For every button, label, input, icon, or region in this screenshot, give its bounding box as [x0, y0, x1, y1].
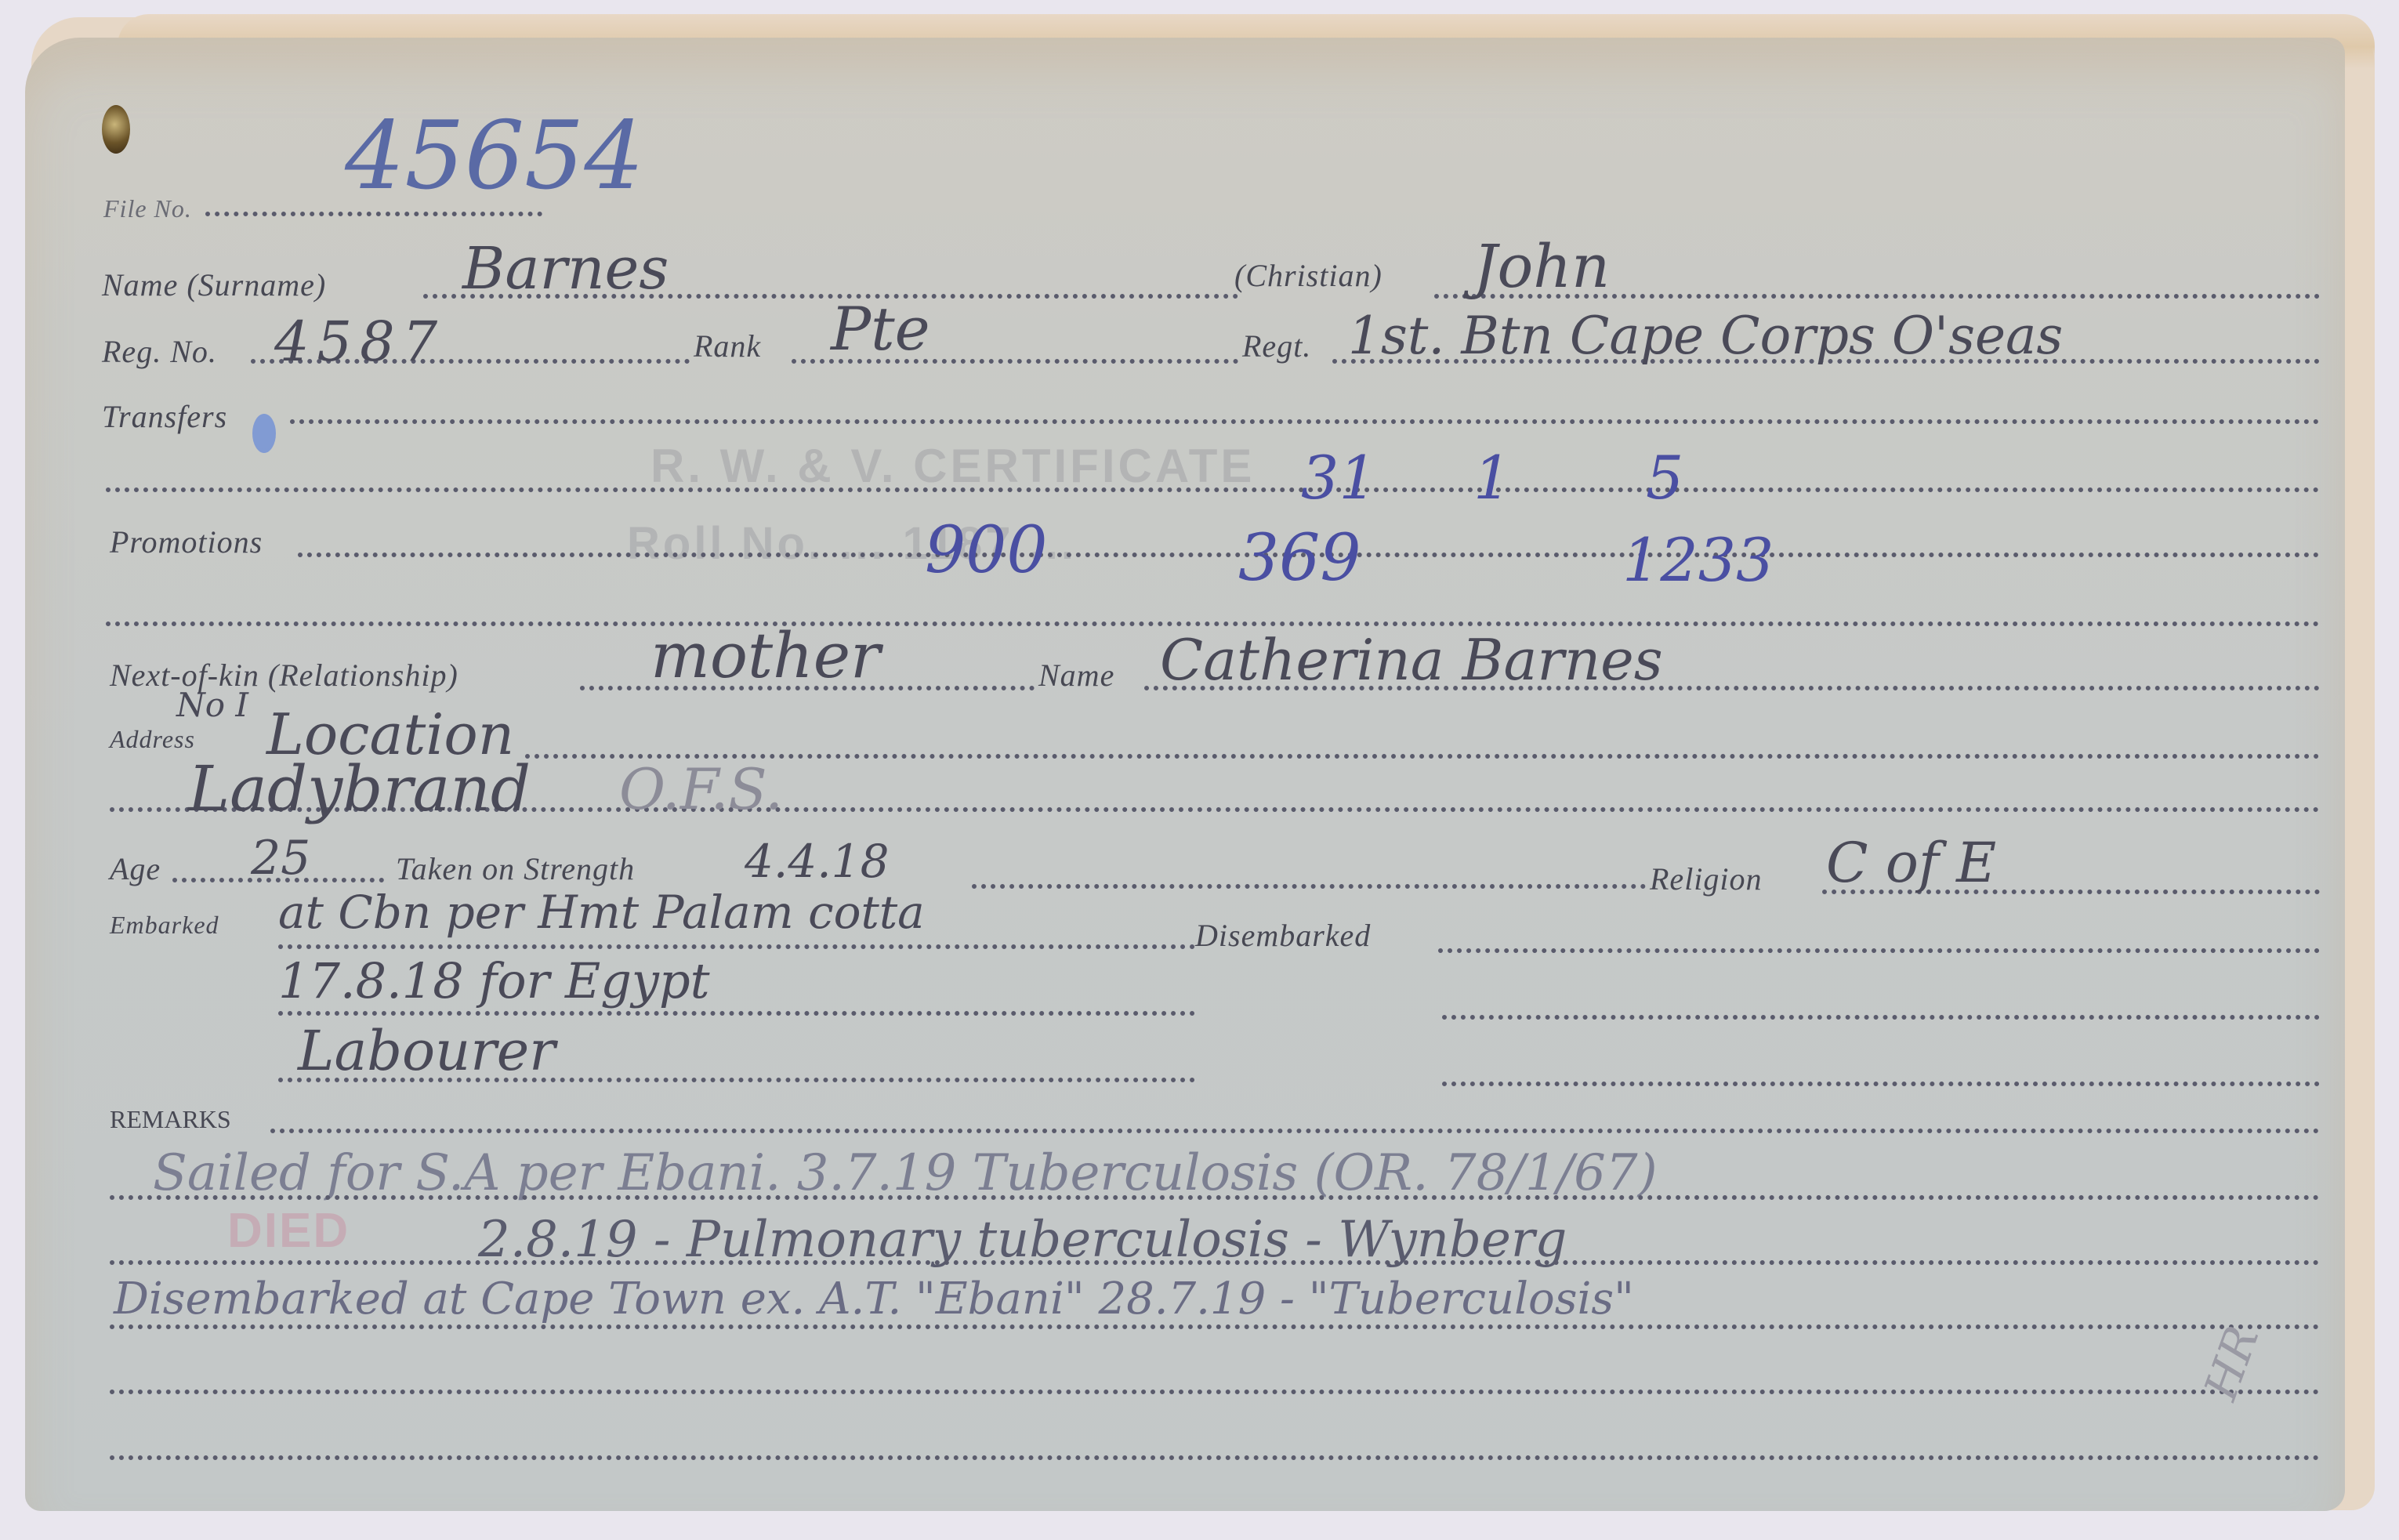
brass-eyelet-icon — [102, 105, 130, 154]
disembarked-line-3 — [1442, 1082, 2320, 1086]
blue-ink-dot — [252, 414, 276, 453]
reg-no-label: Reg. No. — [102, 333, 217, 370]
name-surname-label: Name (Surname) — [102, 266, 326, 303]
address-prefix-value: No I — [176, 686, 248, 724]
relationship-value: mother — [650, 619, 880, 692]
remarks-label: REMARKS — [110, 1105, 231, 1134]
promotion-value-2: 369 — [1238, 521, 1361, 596]
reg-no-value: 4587 — [274, 310, 445, 374]
remarks-line-3 — [110, 1260, 2320, 1265]
address-label: Address — [110, 725, 195, 754]
taken-on-strength-value: 4.4.18 — [745, 835, 889, 888]
remarks-line-2 — [110, 1195, 2320, 1200]
rank-label: Rank — [694, 328, 761, 364]
age-label: Age — [110, 850, 161, 887]
remarks-entry-1: Sailed for S.A per Ebani. 3.7.19 Tubercu… — [153, 1144, 1658, 1202]
disembarked-label: Disembarked — [1195, 917, 1371, 954]
taken-on-strength-line — [972, 884, 1646, 889]
embarked-line-2-value: 17.8.18 for Egypt — [278, 952, 710, 1009]
transfer-value-2: 1 — [1473, 443, 1511, 513]
remarks-line-6 — [110, 1455, 2320, 1460]
promotion-value-1: 900 — [925, 513, 1048, 588]
remarks-line-1 — [270, 1129, 2320, 1133]
religion-label: Religion — [1650, 861, 1763, 897]
died-stamp: DIED — [227, 1203, 350, 1259]
address-line-2-suffix: O.F.S. — [619, 756, 783, 822]
nok-name-value: Catherina Barnes — [1160, 627, 1663, 693]
transfers-label: Transfers — [102, 398, 227, 435]
embarked-line-3-value: Labourer — [298, 1019, 556, 1083]
file-no-line — [205, 212, 542, 216]
nok-name-label: Name — [1038, 657, 1114, 694]
address-line-1 — [525, 754, 2320, 759]
embarked-label: Embarked — [110, 911, 219, 940]
promotions-line-2 — [106, 621, 2320, 626]
promotions-label: Promotions — [110, 524, 263, 560]
embarked-line-2 — [278, 1011, 1195, 1016]
embarked-line-1-value: at Cbn per Hmt Palam cotta — [278, 886, 925, 939]
faint-certificate-stamp-line1: R. W. & V. CERTIFICATE — [650, 439, 1255, 493]
remarks-line-4 — [110, 1324, 2320, 1329]
promotion-value-3: 1233 — [1622, 525, 1774, 595]
religion-value: C of E — [1826, 831, 1996, 895]
surname-value: Barnes — [462, 235, 669, 303]
next-of-kin-label: Next-of-kin (Relationship) — [110, 657, 458, 694]
age-value: 25 — [251, 831, 310, 886]
file-no-label: File No. — [103, 194, 192, 223]
remarks-entry-3: Disembarked at Cape Town ex. A.T. "Ebani… — [114, 1274, 1634, 1324]
disembarked-line-2 — [1442, 1015, 2320, 1020]
taken-on-strength-label: Taken on Strength — [396, 850, 635, 887]
rank-value: Pte — [831, 294, 930, 364]
regt-label: Regt. — [1242, 328, 1311, 364]
address-line-2-value: Ladybrand — [188, 752, 531, 825]
remarks-line-5 — [110, 1390, 2320, 1394]
disembarked-line-1 — [1438, 948, 2320, 953]
christian-name-label: (Christian) — [1234, 257, 1383, 294]
file-no-value: 45654 — [345, 102, 644, 211]
regt-value: 1st. Btn Cape Corps O'seas — [1348, 306, 2063, 366]
embarked-line-1 — [278, 944, 1195, 949]
transfer-value-1: 31 — [1301, 443, 1377, 513]
transfers-line-1 — [290, 419, 2320, 424]
embarked-line-3 — [278, 1078, 1195, 1082]
transfer-value-3: 5 — [1646, 443, 1683, 513]
christian-name-value: John — [1473, 231, 1610, 301]
